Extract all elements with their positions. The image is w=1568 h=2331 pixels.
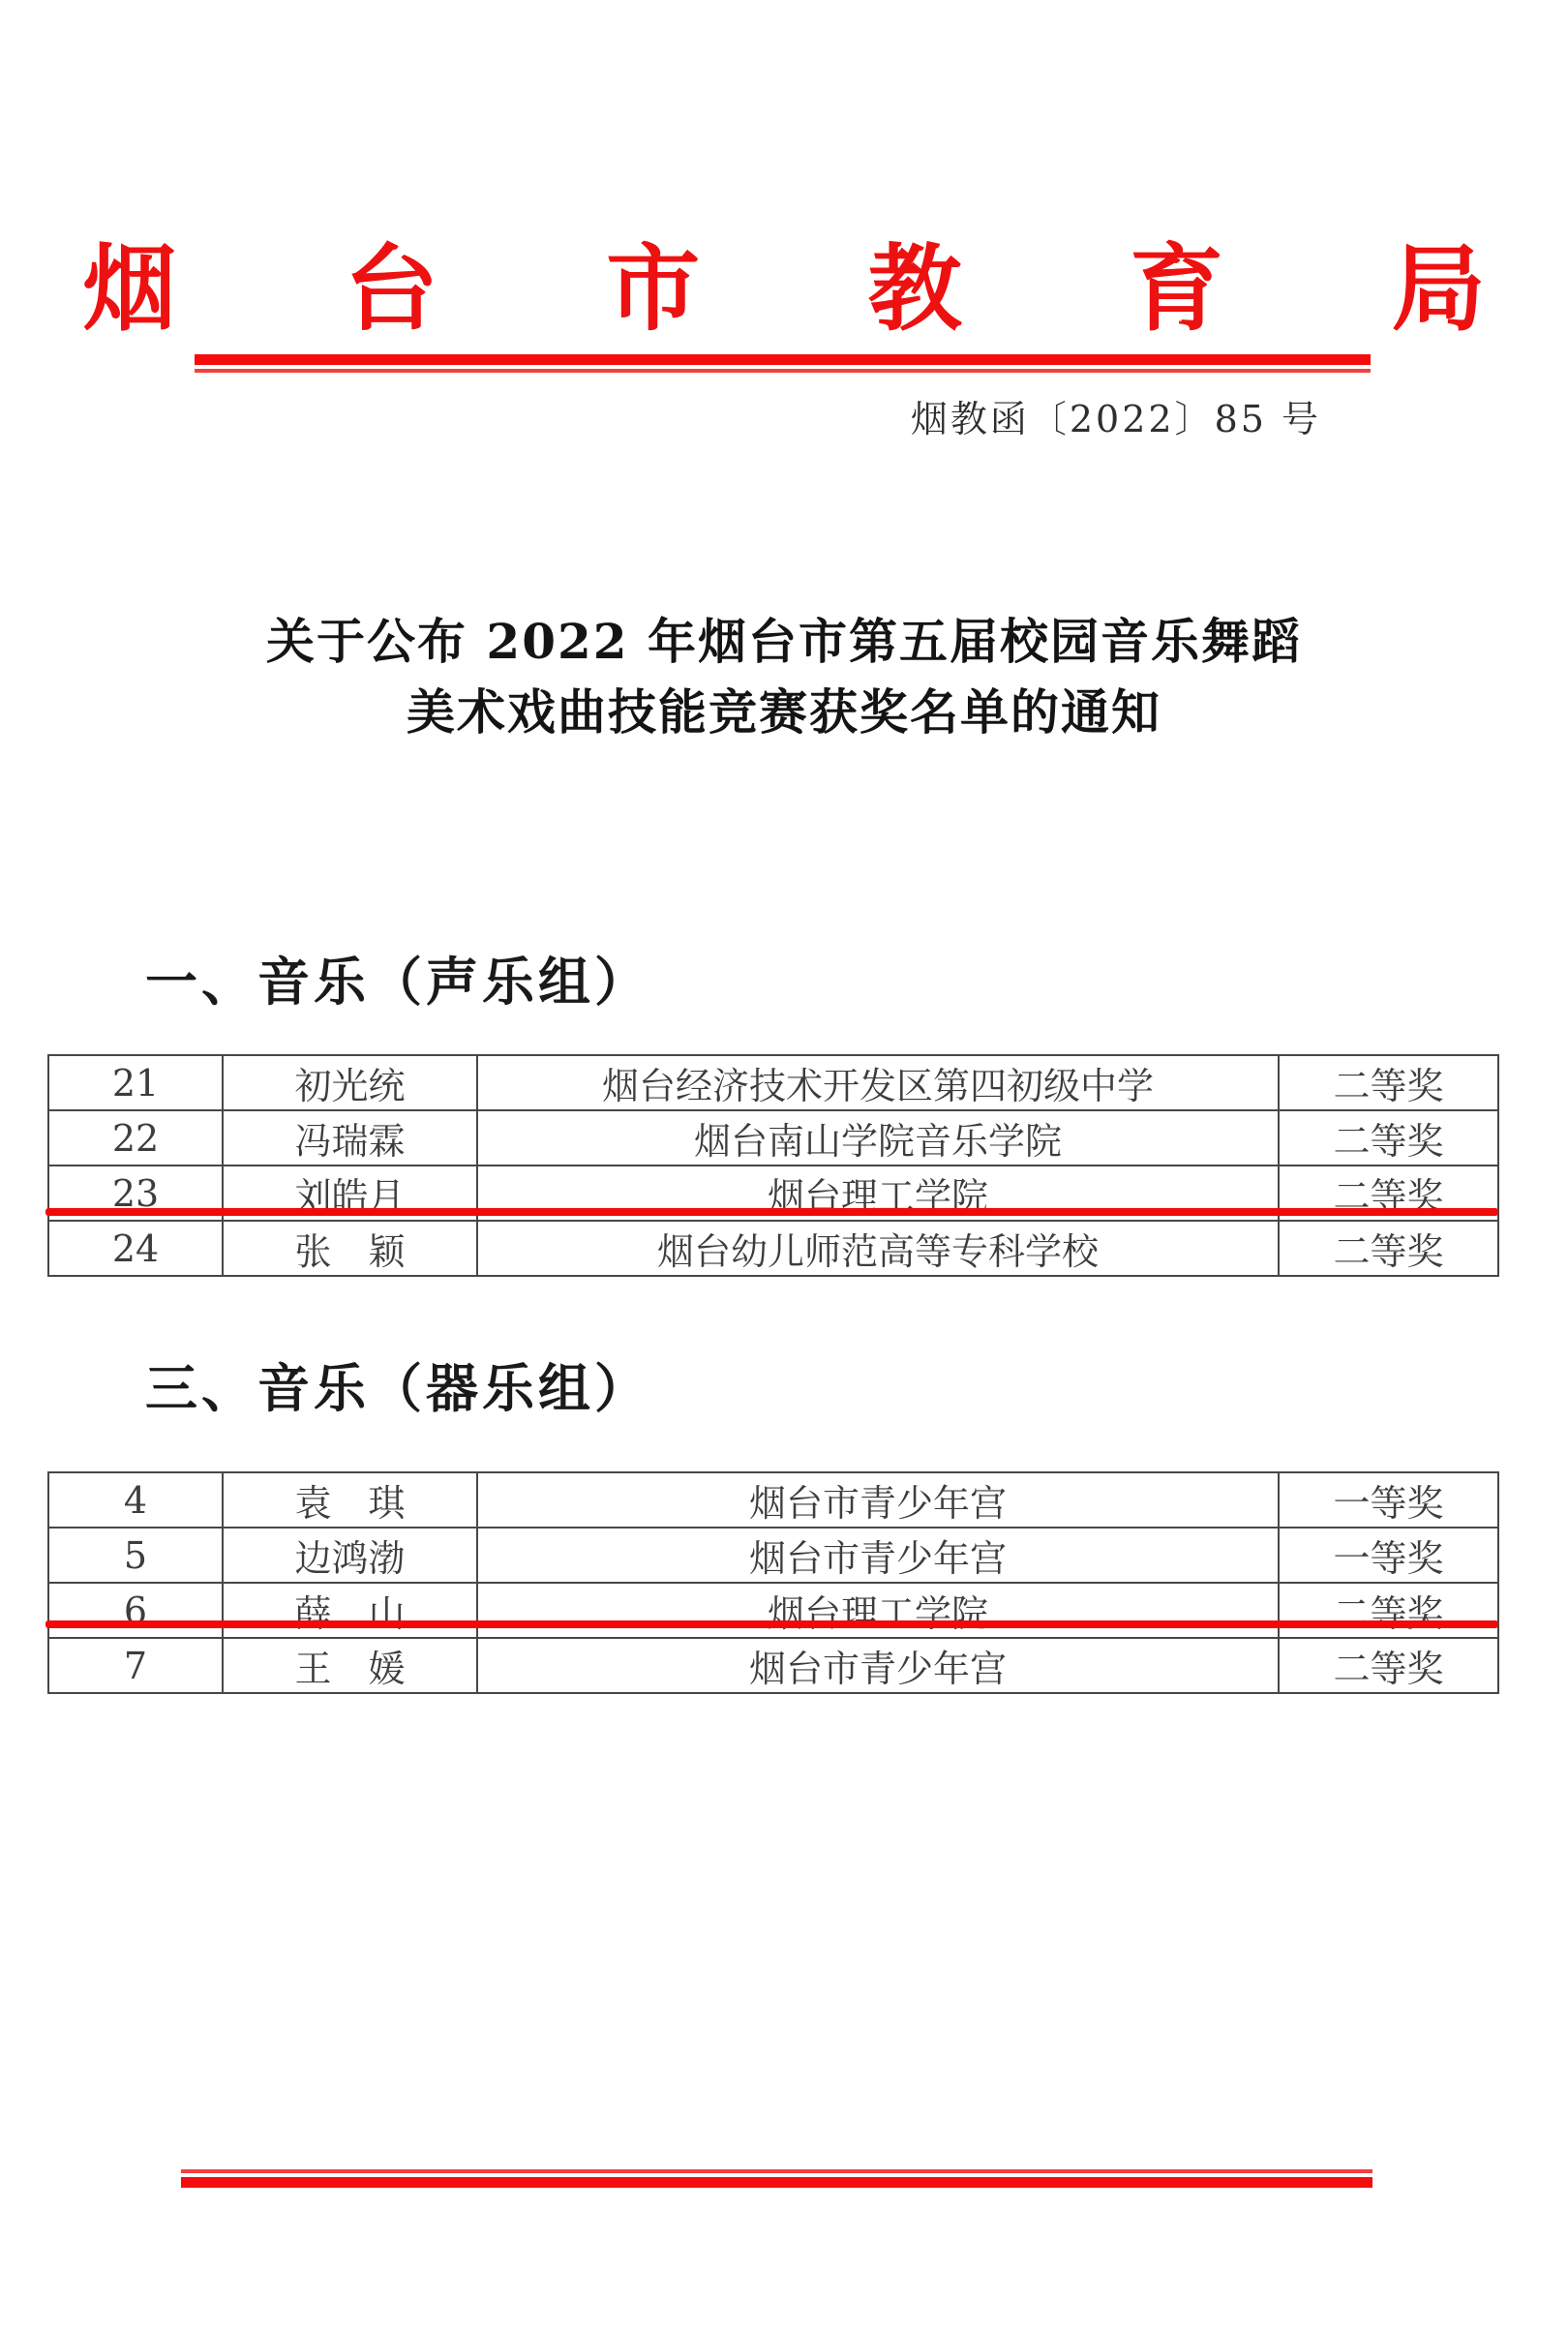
school-cell: 烟台幼儿师范高等专科学校 <box>477 1221 1279 1276</box>
name-cell: 张 颖 <box>223 1221 477 1276</box>
serial-cell: 7 <box>48 1638 223 1693</box>
school-cell: 烟台市青少年宫 <box>477 1638 1279 1693</box>
award-cell: 二等奖 <box>1279 1055 1498 1110</box>
serial-cell: 5 <box>48 1528 223 1583</box>
footer-rule-thin <box>181 2169 1372 2173</box>
notice-title-line-2: 美术戏曲技能竞赛获奖名单的通知 <box>0 677 1568 747</box>
notice-title-line-1: 关于公布 2022 年烟台市第五届校园音乐舞蹈 <box>0 606 1568 677</box>
header-rule-thick <box>195 354 1371 365</box>
name-cell: 袁 琪 <box>223 1472 477 1528</box>
section-heading-instrumental: 三、音乐（器乐组） <box>145 1347 650 1422</box>
instrumental-award-table: 4 袁 琪 烟台市青少年宫 一等奖 5 边鸿渤 烟台市青少年宫 一等奖 6 薛 … <box>47 1471 1499 1694</box>
document-page: 烟 台 市 教 育 局 烟教函〔2022〕85 号 关于公布 2022 年烟台市… <box>0 0 1568 2331</box>
school-cell: 烟台市青少年宫 <box>477 1472 1279 1528</box>
table-row: 22 冯瑞霖 烟台南山学院音乐学院 二等奖 <box>48 1110 1498 1165</box>
name-cell: 王 媛 <box>223 1638 477 1693</box>
table-row: 5 边鸿渤 烟台市青少年宫 一等奖 <box>48 1528 1498 1583</box>
award-cell: 二等奖 <box>1279 1583 1498 1638</box>
serial-cell: 24 <box>48 1221 223 1276</box>
award-cell: 二等奖 <box>1279 1221 1498 1276</box>
award-cell: 一等奖 <box>1279 1472 1498 1528</box>
section-heading-vocal: 一、音乐（声乐组） <box>145 941 650 1015</box>
table-row: 24 张 颖 烟台幼儿师范高等专科学校 二等奖 <box>48 1221 1498 1276</box>
table-row: 21 初光统 烟台经济技术开发区第四初级中学 二等奖 <box>48 1055 1498 1110</box>
serial-cell: 6 <box>48 1583 223 1638</box>
name-cell: 边鸿渤 <box>223 1528 477 1583</box>
award-cell: 一等奖 <box>1279 1528 1498 1583</box>
doc-number: 烟教函〔2022〕85 号 <box>911 389 1321 442</box>
award-cell: 二等奖 <box>1279 1638 1498 1693</box>
school-cell: 烟台经济技术开发区第四初级中学 <box>477 1055 1279 1110</box>
agency-title: 烟 台 市 教 育 局 <box>0 213 1568 348</box>
notice-title: 关于公布 2022 年烟台市第五届校园音乐舞蹈 美术戏曲技能竞赛获奖名单的通知 <box>0 606 1568 747</box>
serial-cell: 21 <box>48 1055 223 1110</box>
table-row: 7 王 媛 烟台市青少年宫 二等奖 <box>48 1638 1498 1693</box>
vocal-award-table: 21 初光统 烟台经济技术开发区第四初级中学 二等奖 22 冯瑞霖 烟台南山学院… <box>47 1054 1499 1277</box>
footer-rule-thick <box>181 2177 1372 2188</box>
school-cell: 烟台市青少年宫 <box>477 1528 1279 1583</box>
name-cell: 薛 山 <box>223 1583 477 1638</box>
name-cell: 初光统 <box>223 1055 477 1110</box>
red-underline-annotation <box>45 1620 1498 1628</box>
school-cell: 烟台南山学院音乐学院 <box>477 1110 1279 1165</box>
serial-cell: 4 <box>48 1472 223 1528</box>
serial-cell: 22 <box>48 1110 223 1165</box>
table-row: 4 袁 琪 烟台市青少年宫 一等奖 <box>48 1472 1498 1528</box>
school-cell: 烟台理工学院 <box>477 1583 1279 1638</box>
red-underline-annotation <box>45 1208 1498 1216</box>
award-cell: 二等奖 <box>1279 1110 1498 1165</box>
table-row: 6 薛 山 烟台理工学院 二等奖 <box>48 1583 1498 1638</box>
header-rule-thin <box>195 369 1371 373</box>
name-cell: 冯瑞霖 <box>223 1110 477 1165</box>
